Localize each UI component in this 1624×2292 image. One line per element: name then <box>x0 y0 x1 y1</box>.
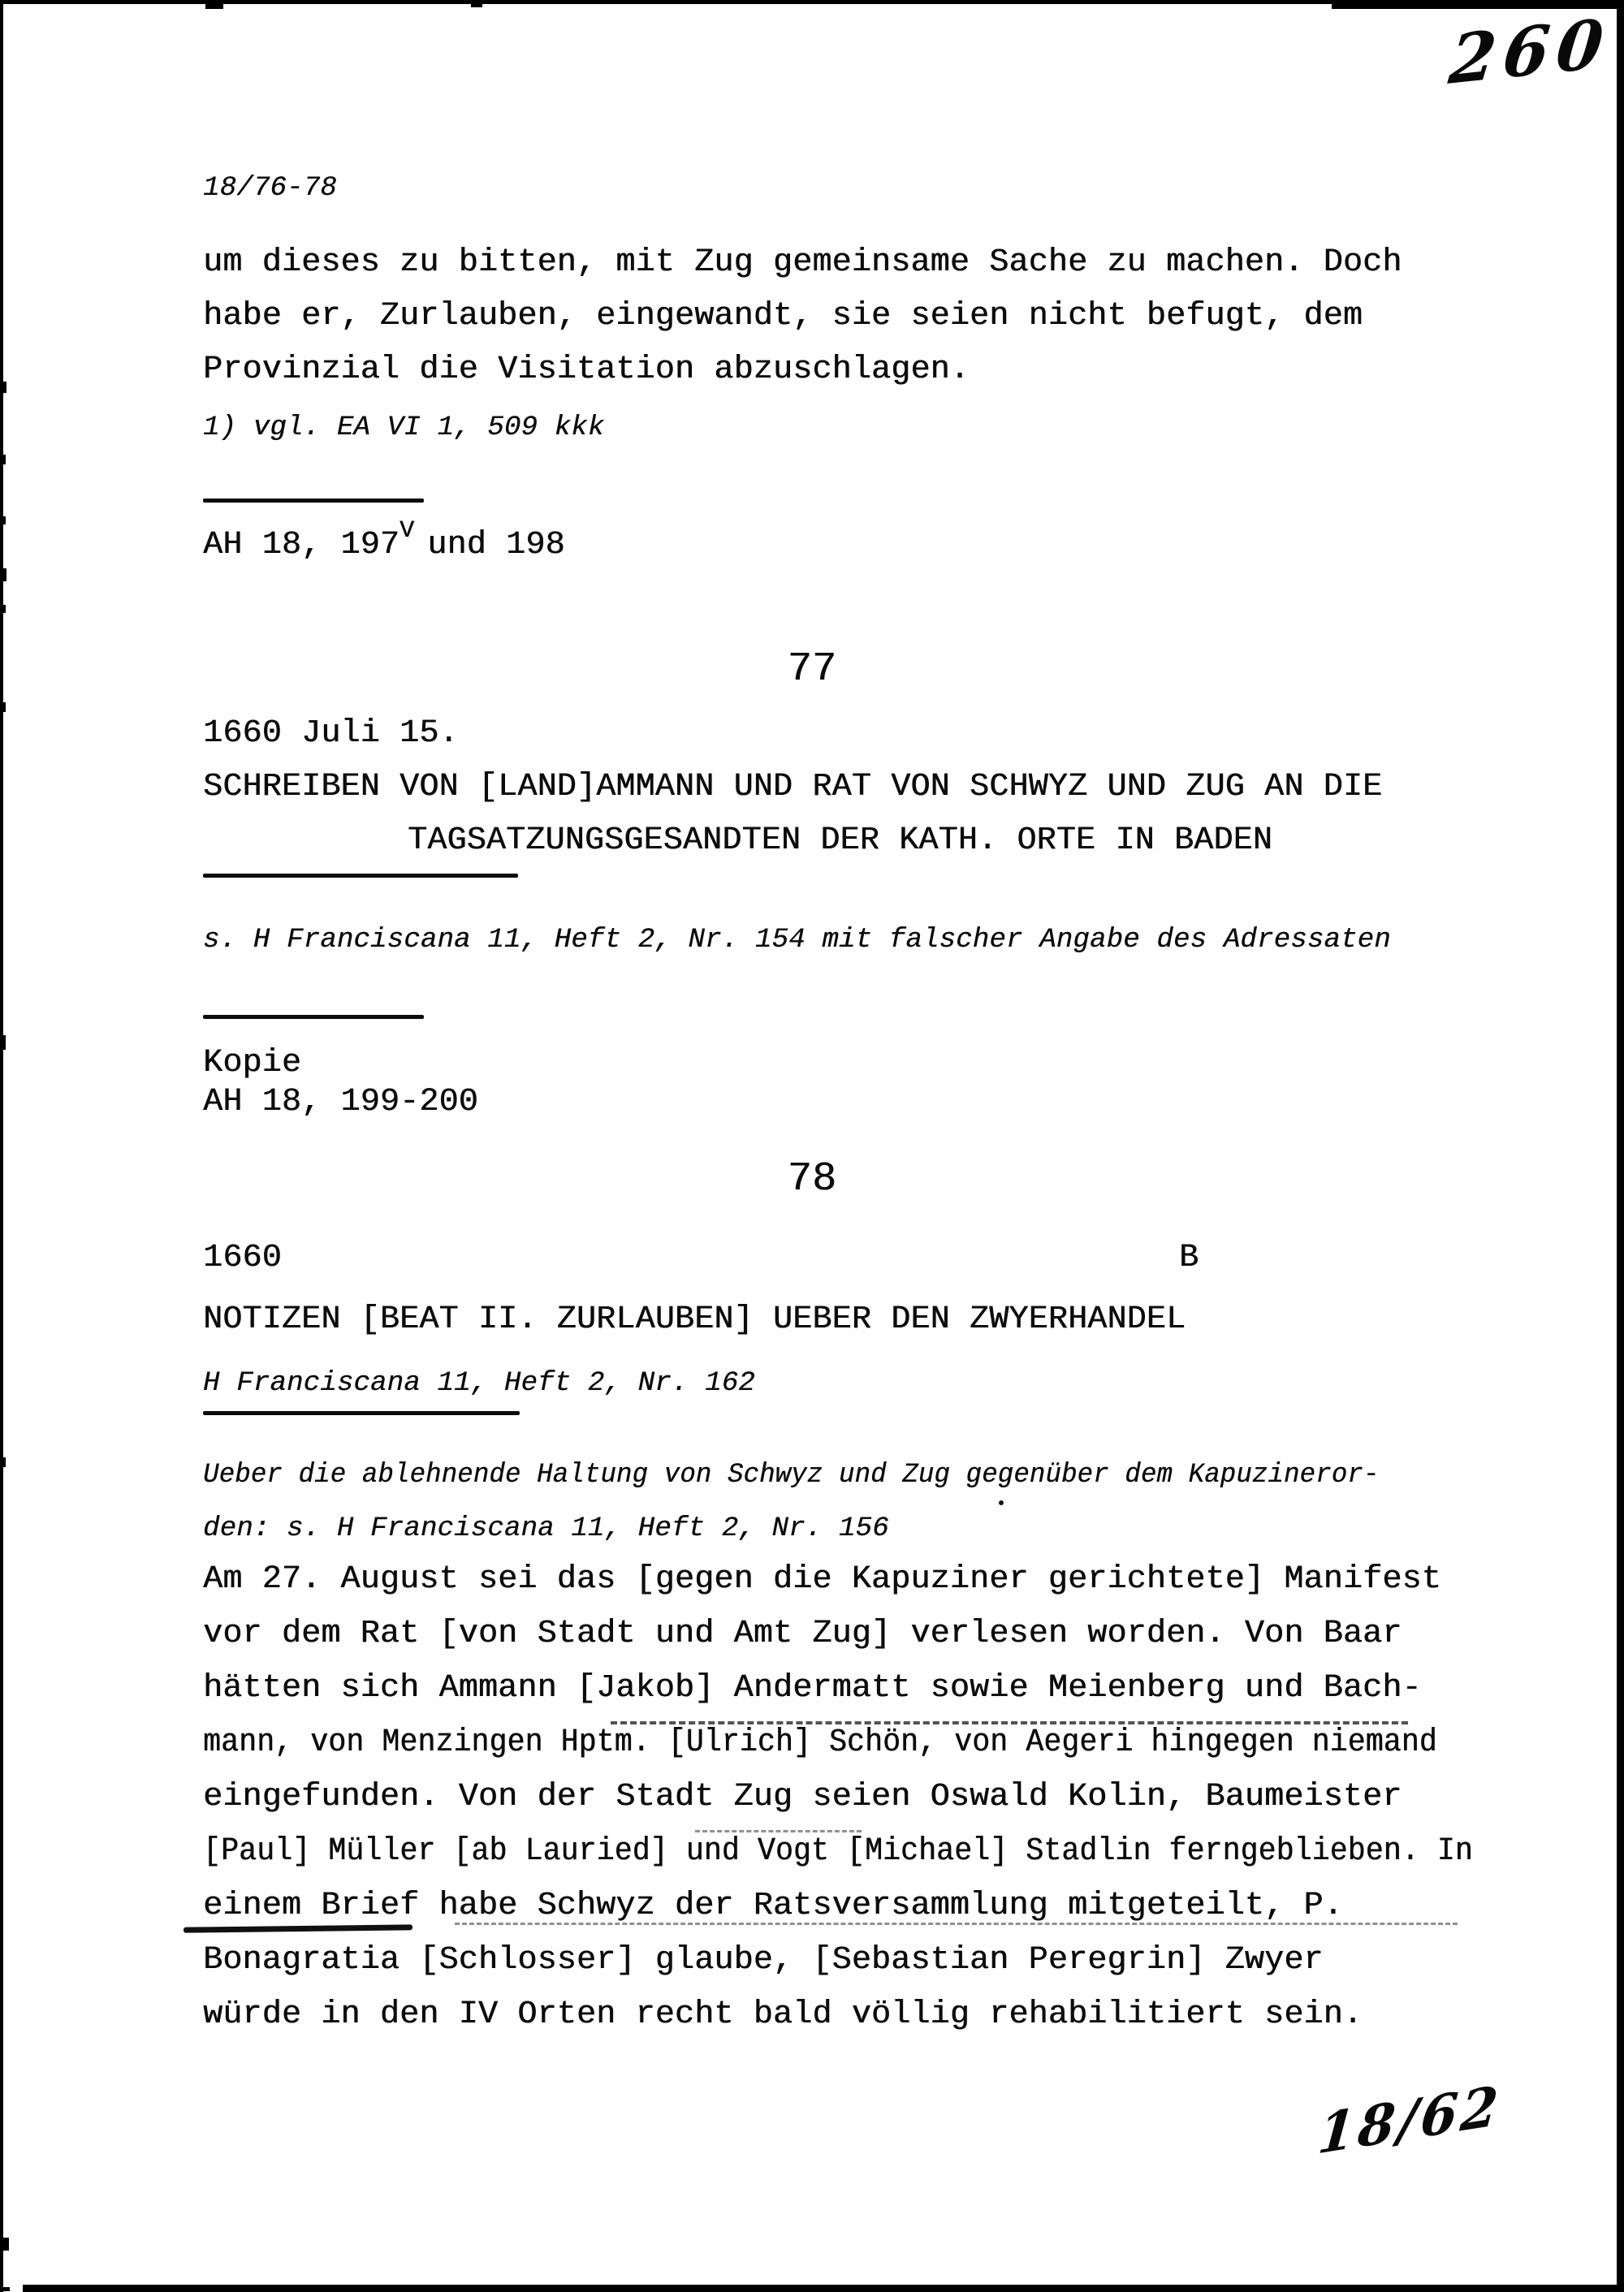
handwritten-shelfmark: 18/62 <box>1315 2073 1504 2167</box>
footnote: 1) vgl. EA VI 1, 509 kkk <box>203 410 604 446</box>
scan-notch <box>0 382 6 393</box>
entry-78-note-line: Ueber die ablehnende Haltung von Schwyz … <box>203 1457 1379 1493</box>
entry-78-date: 1660 <box>203 1239 282 1278</box>
entry-77-source-note: s. H Franciscana 11, Heft 2, Nr. 154 mit… <box>203 922 1391 958</box>
ink-dot-artifact <box>999 1500 1004 1505</box>
entry-78-number: 78 <box>203 1158 1421 1202</box>
scan-notch <box>0 568 6 581</box>
scan-edge-right <box>1617 0 1624 2292</box>
entry-78-body-line: hätten sich Ammann [Jakob] Andermatt sow… <box>203 1669 1422 1708</box>
entry-78-body-line: Bonagratia [Schlosser] glaube, [Sebastia… <box>203 1941 1324 1980</box>
intro-line: habe er, Zurlauben, eingewandt, sie seie… <box>203 297 1363 336</box>
entry-78-body-line: eingefunden. Von der Stadt Zug seien Osw… <box>203 1778 1402 1817</box>
scan-notch <box>0 455 6 464</box>
entry-77-copy-label: Kopie <box>203 1044 301 1083</box>
handwritten-page-number: 260 <box>1445 4 1613 100</box>
separator-rule <box>203 499 424 503</box>
separator-rule <box>203 1411 520 1415</box>
separator-rule <box>203 874 518 878</box>
scan-overline-artifact <box>611 1721 1408 1724</box>
entry-77-copy-ref: AH 18, 199-200 <box>203 1083 478 1122</box>
scanned-archive-page: { "page": { "handwritten_top_right": "26… <box>0 0 1624 2292</box>
source-ref-tail: und 198 <box>427 527 564 563</box>
source-ref-superscript: V <box>400 517 414 545</box>
ref-header: 18/76-78 <box>203 170 337 206</box>
entry-78-body-line: einem Brief habe Schwyz der Ratsversamml… <box>203 1887 1343 1926</box>
entry-77-title-line2: TAGSATZUNGSGESANDTEN DER KATH. ORTE IN B… <box>408 822 1272 861</box>
entry-78-source: H Franciscana 11, Heft 2, Nr. 162 <box>203 1366 755 1401</box>
scan-edge-bottom <box>23 2285 1618 2292</box>
scan-notch <box>0 516 6 524</box>
entry-77-date: 1660 Juli 15. <box>203 714 459 753</box>
scan-notch <box>0 1457 6 1467</box>
scan-blob-top-1 <box>205 2 223 9</box>
scan-blob-top-2 <box>471 2 482 7</box>
entry-77-number: 77 <box>203 648 1421 692</box>
scan-overline-artifact <box>455 1923 1458 1925</box>
scan-mark-bottom-left <box>3 2238 9 2251</box>
scan-notch <box>0 702 6 712</box>
scan-notch <box>0 605 6 613</box>
scan-notch <box>0 1035 6 1050</box>
source-ref-main: AH 18, 197 <box>203 527 400 563</box>
scan-overline-artifact <box>695 1830 862 1832</box>
entry-78-body-line: mann, von Menzingen Hptm. [Ulrich] Schön… <box>203 1724 1437 1763</box>
entry-78-note-line: den: s. H Franciscana 11, Heft 2, Nr. 15… <box>203 1511 889 1547</box>
entry-78-title: NOTIZEN [BEAT II. ZURLAUBEN] UEBER DEN Z… <box>203 1301 1186 1340</box>
source-ref: AH 18, 197Vund 198 <box>203 526 565 567</box>
scan-edge-left <box>0 0 3 2292</box>
entry-77-title-line1: SCHREIBEN VON [LAND]AMMANN UND RAT VON S… <box>203 768 1382 807</box>
scan-edge-bottom-left <box>0 2287 10 2291</box>
intro-line: Provinzial die Visitation abzuschlagen. <box>203 351 970 390</box>
entry-78-body-line: [Paul] Müller [ab Lauried] und Vogt [Mic… <box>203 1832 1473 1871</box>
entry-78-letter: B <box>1179 1239 1199 1278</box>
entry-78-body-line: Am 27. August sei das [gegen die Kapuzin… <box>203 1560 1441 1599</box>
separator-rule <box>203 1015 424 1019</box>
entry-78-body-line: würde in den IV Orten recht bald völlig … <box>203 1996 1363 2035</box>
intro-line: um dieses zu bitten, mit Zug gemeinsame … <box>203 244 1402 283</box>
entry-78-body-line: vor dem Rat [von Stadt und Amt Zug] verl… <box>203 1615 1402 1654</box>
